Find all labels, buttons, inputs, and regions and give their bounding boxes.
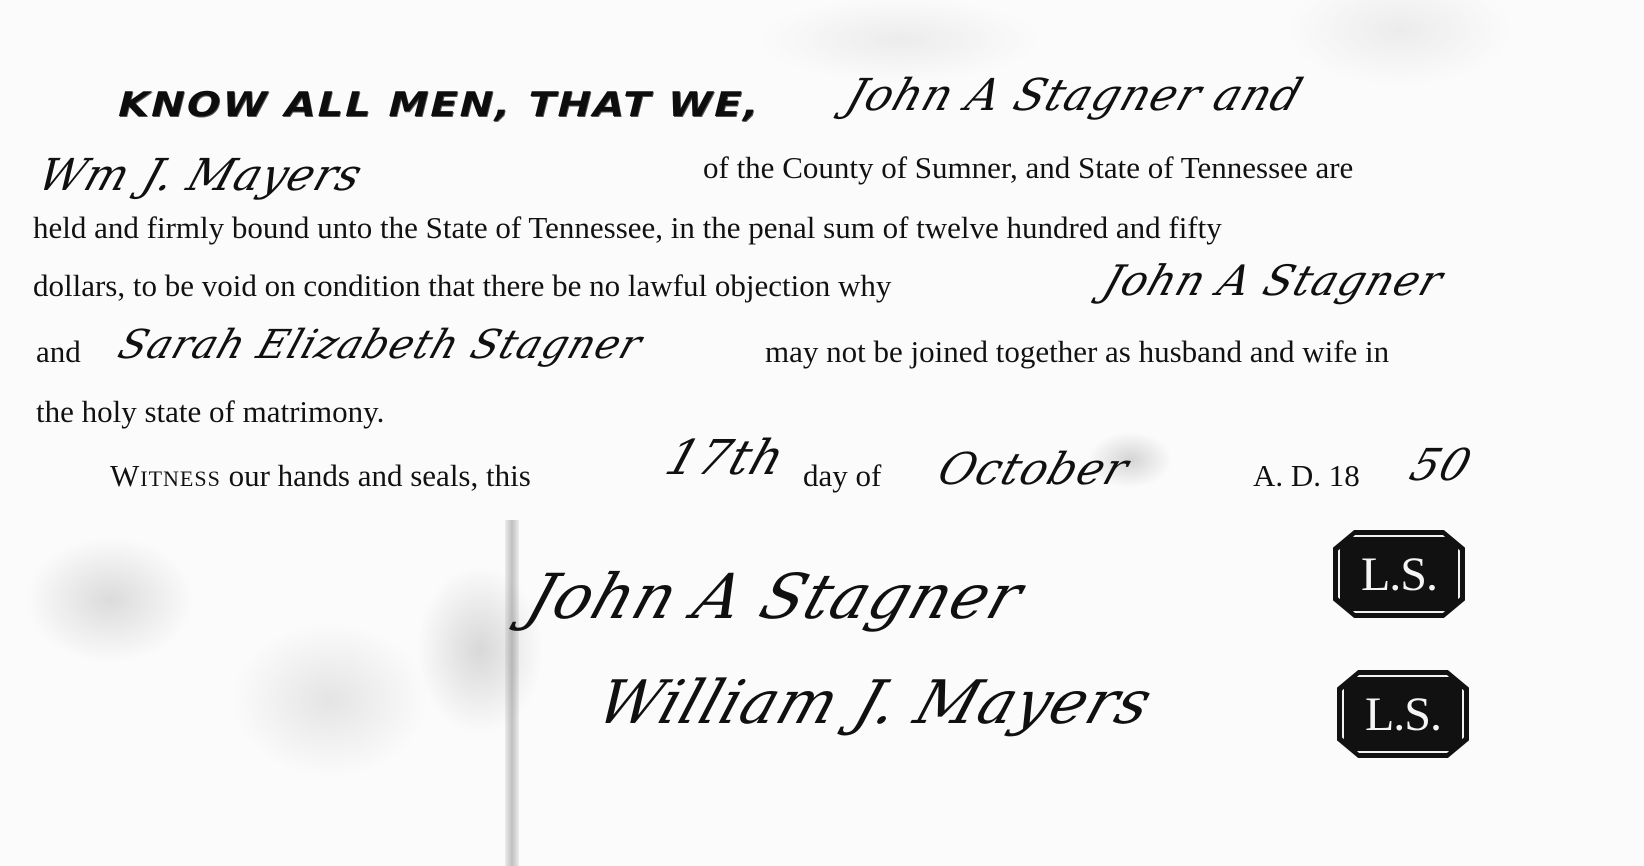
witness-line: Witness our hands and seals, this — [110, 458, 531, 494]
bride-name-handwritten: Sarah Elizabeth Stagner — [113, 322, 649, 368]
seal-2-label: L.S. — [1365, 687, 1441, 742]
bond-line-5: the holy state of matrimony. — [36, 394, 384, 430]
signature-william-mayers: William J. Mayers — [589, 668, 1161, 738]
principals-handwritten-1: John A Stagner and — [840, 70, 1309, 121]
seal-1: L.S. — [1333, 530, 1465, 618]
day-of-label: day of — [803, 458, 881, 494]
month-handwritten: October — [932, 444, 1136, 495]
bond-line-4-and: and — [36, 334, 81, 370]
bond-line-1: of the County of Sumner, and State of Te… — [703, 150, 1353, 186]
seal-2: L.S. — [1337, 670, 1469, 758]
day-handwritten: 17th — [659, 430, 792, 486]
witness-text: our hands and seals, this — [229, 458, 531, 493]
groom-name-handwritten: John A Stagner — [1097, 256, 1450, 305]
seal-1-label: L.S. — [1361, 547, 1437, 602]
paper-fold-shadow — [505, 520, 519, 866]
bond-heading: KNOW ALL MEN, THAT WE, — [113, 85, 765, 124]
year-prefix: A. D. 18 — [1253, 458, 1360, 494]
bond-line-3: dollars, to be void on condition that th… — [33, 268, 891, 304]
witness-label: Witness — [110, 458, 221, 493]
bond-line-4: may not be joined together as husband an… — [765, 334, 1389, 370]
principals-handwritten-2: Wm J. Mayers — [32, 150, 370, 201]
signature-john-stagner: John A Stagner — [518, 560, 1032, 633]
bond-line-2: held and firmly bound unto the State of … — [33, 210, 1222, 246]
